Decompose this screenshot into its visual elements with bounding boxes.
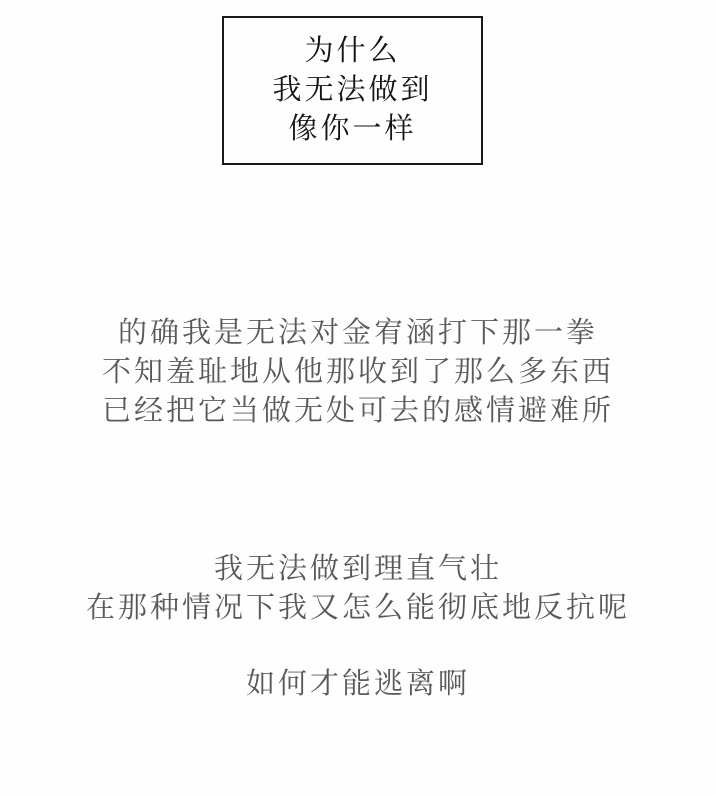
- monologue-line: 如何才能逃离啊: [0, 665, 716, 704]
- monologue-line: 已经把它当做无处可去的感情避难所: [0, 392, 716, 431]
- comic-page: 为什么 我无法做到 像你一样 的确我是无法对金宥涵打下那一拳 不知羞耻地从他那收…: [0, 0, 716, 795]
- narration-box-line-1: 为什么: [304, 32, 400, 71]
- monologue-paragraph-3: 如何才能逃离啊: [0, 665, 716, 704]
- monologue-paragraph-2: 我无法做到理直气壮 在那种情况下我又怎么能彻底地反抗呢: [0, 550, 716, 628]
- monologue-paragraph-1: 的确我是无法对金宥涵打下那一拳 不知羞耻地从他那收到了那么多东西 已经把它当做无…: [0, 314, 716, 431]
- narration-box: 为什么 我无法做到 像你一样: [222, 16, 483, 165]
- monologue-line: 在那种情况下我又怎么能彻底地反抗呢: [0, 589, 716, 628]
- monologue-line: 的确我是无法对金宥涵打下那一拳: [0, 314, 716, 353]
- narration-box-line-3: 像你一样: [288, 110, 416, 149]
- monologue-line: 不知羞耻地从他那收到了那么多东西: [0, 353, 716, 392]
- narration-box-line-2: 我无法做到: [272, 71, 432, 110]
- monologue-line: 我无法做到理直气壮: [0, 550, 716, 589]
